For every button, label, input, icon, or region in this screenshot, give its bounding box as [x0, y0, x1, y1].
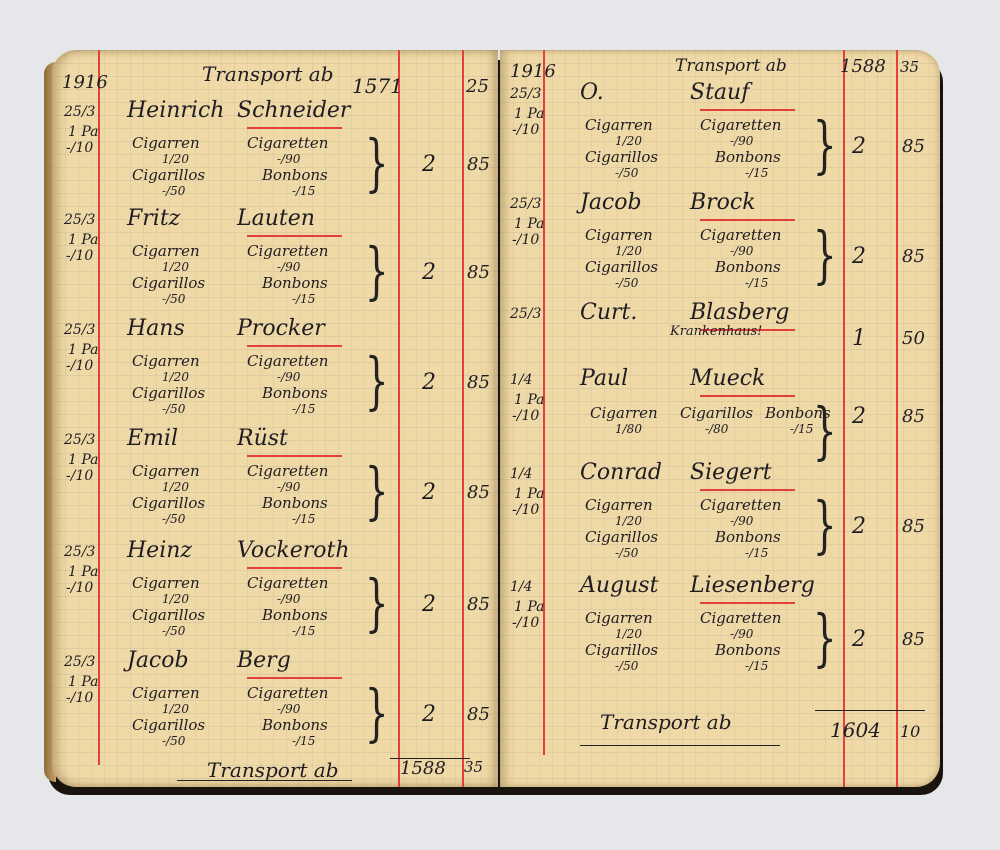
- entry-deposit: -/10: [512, 408, 539, 424]
- entry-marks: 2: [852, 244, 866, 269]
- item-price: -/50: [162, 402, 185, 416]
- name-underline: [247, 455, 342, 457]
- item-price: 1/20: [162, 370, 189, 384]
- entry-deposit: -/10: [512, 122, 539, 138]
- item-name: Cigarren: [585, 116, 653, 134]
- entry-date: 1/4: [510, 372, 533, 388]
- entry-date: 25/3: [64, 104, 95, 120]
- carry-in-label: Transport ab: [675, 56, 787, 76]
- carry-out-marks: 1588: [400, 758, 446, 779]
- bracket: }: [365, 350, 389, 412]
- carry-out-label: Transport ab: [207, 758, 339, 782]
- entry-date: 25/3: [510, 306, 541, 322]
- entry-marks: 2: [852, 514, 866, 539]
- right-page: 1916 Transport ab 1588 35 25/31 Pa-/10O.…: [500, 50, 940, 787]
- item-price: -/15: [745, 166, 768, 180]
- marks-column-line: [843, 50, 845, 787]
- item-price: -/90: [277, 260, 300, 274]
- entry-quantity: 1 Pa: [68, 452, 99, 468]
- name-underline: [700, 395, 795, 397]
- entry-date: 25/3: [510, 86, 541, 102]
- name-underline: [247, 567, 342, 569]
- carry-in-marks: 1588: [840, 56, 886, 77]
- item-price: -/15: [292, 512, 315, 526]
- bracket: }: [813, 494, 837, 556]
- entry-date: 25/3: [64, 212, 95, 228]
- customer-first-name: Jacob: [127, 648, 189, 673]
- customer-first-name: O.: [580, 80, 604, 105]
- item-price: -/50: [615, 166, 638, 180]
- entry-date: 25/3: [510, 196, 541, 212]
- item-name: Cigarren: [132, 134, 200, 152]
- name-underline: [700, 219, 795, 221]
- name-underline: [247, 235, 342, 237]
- item-name: Bonbons: [262, 494, 328, 512]
- entry-pfennig: 85: [467, 154, 490, 175]
- carry-out-pfennig: 35: [464, 758, 483, 776]
- entry-date: 25/3: [64, 432, 95, 448]
- customer-last-name: Rüst: [237, 426, 288, 451]
- name-underline: [247, 127, 342, 129]
- item-name: Cigarillos: [585, 148, 658, 166]
- entry-marks: 2: [852, 627, 866, 652]
- name-underline: [700, 602, 795, 604]
- item-name: Bonbons: [715, 258, 781, 276]
- customer-last-name: Brock: [690, 190, 756, 215]
- bracket: }: [813, 224, 837, 286]
- item-price: -/90: [277, 152, 300, 166]
- item-price: -/15: [790, 422, 813, 436]
- entry-note: Krankenhaus!: [670, 324, 762, 339]
- item-name: Cigarillos: [132, 166, 205, 184]
- entry-quantity: 1 Pa: [514, 392, 545, 408]
- entry-pfennig: 85: [902, 406, 925, 427]
- customer-last-name: Siegert: [690, 460, 772, 485]
- item-price: -/50: [162, 734, 185, 748]
- customer-first-name: Curt.: [580, 300, 637, 325]
- entry-marks: 1: [852, 326, 866, 351]
- bracket: }: [365, 132, 389, 194]
- carry-in-marks: 1571: [352, 74, 403, 98]
- item-name: Cigaretten: [247, 684, 328, 702]
- entry-marks: 2: [422, 260, 436, 285]
- customer-last-name: Berg: [237, 648, 291, 673]
- entry-quantity: 1 Pa: [68, 124, 99, 140]
- entry-deposit: -/10: [66, 690, 93, 706]
- entry-deposit: -/10: [512, 615, 539, 631]
- item-price: -/90: [277, 370, 300, 384]
- entry-deposit: -/10: [66, 468, 93, 484]
- carry-out-underline: [580, 745, 780, 746]
- item-name: Bonbons: [262, 606, 328, 624]
- item-price: -/50: [162, 512, 185, 526]
- entry-pfennig: 85: [902, 629, 925, 650]
- name-underline: [247, 345, 342, 347]
- item-price: -/15: [292, 734, 315, 748]
- entry-quantity: 1 Pa: [514, 486, 545, 502]
- date-margin-line: [98, 50, 100, 765]
- entry-pfennig: 85: [467, 262, 490, 283]
- customer-last-name: Blasberg: [690, 300, 789, 325]
- entry-date: 1/4: [510, 579, 533, 595]
- item-name: Cigaretten: [247, 352, 328, 370]
- item-name: Cigarillos: [132, 274, 205, 292]
- entry-deposit: -/10: [66, 580, 93, 596]
- item-name: Cigarren: [590, 404, 658, 422]
- entry-pfennig: 85: [467, 594, 490, 615]
- carry-in-pfennig: 25: [466, 76, 489, 97]
- item-name: Cigaretten: [700, 609, 781, 627]
- entry-marks: 2: [852, 134, 866, 159]
- entry-quantity: 1 Pa: [68, 232, 99, 248]
- entry-date: 25/3: [64, 654, 95, 670]
- entry-marks: 2: [852, 404, 866, 429]
- entry-marks: 2: [422, 152, 436, 177]
- entry-deposit: -/10: [66, 358, 93, 374]
- entry-marks: 2: [422, 592, 436, 617]
- entry-quantity: 1 Pa: [514, 599, 545, 615]
- item-name: Bonbons: [715, 148, 781, 166]
- item-name: Cigarren: [132, 242, 200, 260]
- entry-quantity: 1 Pa: [68, 564, 99, 580]
- customer-first-name: Paul: [580, 366, 628, 391]
- entry-date: 25/3: [64, 544, 95, 560]
- customer-first-name: Emil: [127, 426, 178, 451]
- pfennig-column-line: [462, 50, 464, 787]
- item-name: Cigaretten: [247, 242, 328, 260]
- entry-pfennig: 85: [902, 136, 925, 157]
- entry-deposit: -/10: [512, 232, 539, 248]
- entry-date: 1/4: [510, 466, 533, 482]
- customer-last-name: Mueck: [690, 366, 765, 391]
- entry-quantity: 1 Pa: [514, 216, 545, 232]
- name-underline: [700, 109, 795, 111]
- item-name: Cigarillos: [132, 606, 205, 624]
- item-name: Cigarillos: [132, 716, 205, 734]
- item-price: 1/20: [162, 152, 189, 166]
- item-price: -/90: [730, 627, 753, 641]
- item-price: -/90: [730, 134, 753, 148]
- item-name: Cigarren: [585, 496, 653, 514]
- year: 1916: [62, 75, 108, 91]
- bracket: }: [813, 607, 837, 669]
- entry-quantity: 1 Pa: [68, 674, 99, 690]
- item-name: Cigaretten: [700, 116, 781, 134]
- carry-out-marks: 1604: [830, 718, 881, 742]
- entry-pfennig: 85: [467, 482, 490, 503]
- item-price: -/15: [292, 292, 315, 306]
- item-price: -/15: [292, 624, 315, 638]
- item-price: -/90: [730, 244, 753, 258]
- item-name: Cigarillos: [132, 494, 205, 512]
- entry-pfennig: 50: [902, 328, 925, 349]
- item-name: Cigarren: [585, 609, 653, 627]
- carry-out-underline: [177, 780, 352, 781]
- item-name: Cigarillos: [585, 528, 658, 546]
- carry-out-label: Transport ab: [600, 710, 732, 734]
- item-price: 1/20: [162, 480, 189, 494]
- customer-last-name: Lauten: [237, 206, 315, 231]
- customer-first-name: Fritz: [127, 206, 180, 231]
- carry-in-label: Transport ab: [202, 62, 334, 86]
- item-price: -/80: [705, 422, 728, 436]
- entry-marks: 2: [422, 702, 436, 727]
- item-price: -/90: [277, 702, 300, 716]
- pfennig-column-line: [896, 50, 898, 787]
- item-price: -/50: [615, 546, 638, 560]
- item-price: -/15: [745, 546, 768, 560]
- item-name: Cigaretten: [700, 226, 781, 244]
- item-price: 1/20: [615, 627, 642, 641]
- item-price: -/50: [162, 184, 185, 198]
- item-price: -/15: [292, 184, 315, 198]
- item-price: -/90: [277, 592, 300, 606]
- item-name: Cigarillos: [680, 404, 753, 422]
- marks-column-line: [398, 50, 400, 787]
- bracket: }: [365, 572, 389, 634]
- item-price: -/15: [745, 659, 768, 673]
- item-name: Bonbons: [262, 166, 328, 184]
- item-price: 1/20: [615, 134, 642, 148]
- name-underline: [700, 489, 795, 491]
- item-name: Cigarren: [585, 226, 653, 244]
- bracket: }: [813, 114, 837, 176]
- item-price: 1/20: [162, 592, 189, 606]
- entry-date: 25/3: [64, 322, 95, 338]
- bracket: }: [365, 240, 389, 302]
- customer-last-name: Procker: [237, 316, 325, 341]
- entry-quantity: 1 Pa: [514, 106, 545, 122]
- entry-pfennig: 85: [467, 372, 490, 393]
- item-price: 1/20: [162, 260, 189, 274]
- name-underline: [247, 677, 342, 679]
- item-name: Cigarren: [132, 684, 200, 702]
- customer-first-name: Heinz: [127, 538, 192, 563]
- item-name: Cigarren: [132, 574, 200, 592]
- entry-deposit: -/10: [512, 502, 539, 518]
- entry-marks: 2: [422, 480, 436, 505]
- customer-last-name: Schneider: [237, 98, 350, 123]
- item-name: Bonbons: [262, 384, 328, 402]
- bracket: }: [365, 460, 389, 522]
- entry-pfennig: 85: [467, 704, 490, 725]
- left-page: 1916 Transport ab 1571 25 25/31 Pa-/10He…: [52, 50, 498, 787]
- item-price: 1/80: [615, 422, 642, 436]
- entry-marks: 2: [422, 370, 436, 395]
- item-name: Cigarren: [132, 462, 200, 480]
- item-name: Bonbons: [715, 528, 781, 546]
- item-price: -/90: [730, 514, 753, 528]
- item-name: Cigarillos: [585, 258, 658, 276]
- carry-out-pfennig: 10: [900, 722, 920, 741]
- item-name: Cigaretten: [247, 462, 328, 480]
- item-name: Bonbons: [262, 274, 328, 292]
- entry-deposit: -/10: [66, 248, 93, 264]
- customer-last-name: Stauf: [690, 80, 749, 105]
- bracket: }: [813, 400, 837, 462]
- item-price: -/15: [292, 402, 315, 416]
- customer-last-name: Liesenberg: [690, 573, 815, 598]
- carry-in-pfennig: 35: [900, 58, 919, 76]
- item-price: 1/20: [615, 244, 642, 258]
- item-price: -/15: [745, 276, 768, 290]
- item-name: Cigarillos: [132, 384, 205, 402]
- customer-first-name: Conrad: [580, 460, 662, 485]
- entry-quantity: 1 Pa: [68, 342, 99, 358]
- customer-first-name: Heinrich: [127, 98, 224, 123]
- item-price: -/90: [277, 480, 300, 494]
- item-name: Bonbons: [715, 641, 781, 659]
- item-name: Cigaretten: [247, 134, 328, 152]
- item-price: -/50: [162, 292, 185, 306]
- sum-line: [815, 710, 925, 711]
- bracket: }: [365, 682, 389, 744]
- entry-pfennig: 85: [902, 516, 925, 537]
- item-name: Cigarillos: [585, 641, 658, 659]
- item-price: -/50: [615, 276, 638, 290]
- item-name: Cigarren: [132, 352, 200, 370]
- item-price: -/50: [615, 659, 638, 673]
- customer-last-name: Vockeroth: [237, 538, 350, 563]
- item-price: 1/20: [615, 514, 642, 528]
- item-price: 1/20: [162, 702, 189, 716]
- entry-deposit: -/10: [66, 140, 93, 156]
- item-name: Cigaretten: [700, 496, 781, 514]
- item-price: -/50: [162, 624, 185, 638]
- customer-first-name: August: [580, 573, 658, 598]
- year: 1916: [510, 64, 556, 80]
- item-name: Cigaretten: [247, 574, 328, 592]
- customer-first-name: Hans: [127, 316, 185, 341]
- item-name: Bonbons: [262, 716, 328, 734]
- customer-first-name: Jacob: [580, 190, 642, 215]
- entry-pfennig: 85: [902, 246, 925, 267]
